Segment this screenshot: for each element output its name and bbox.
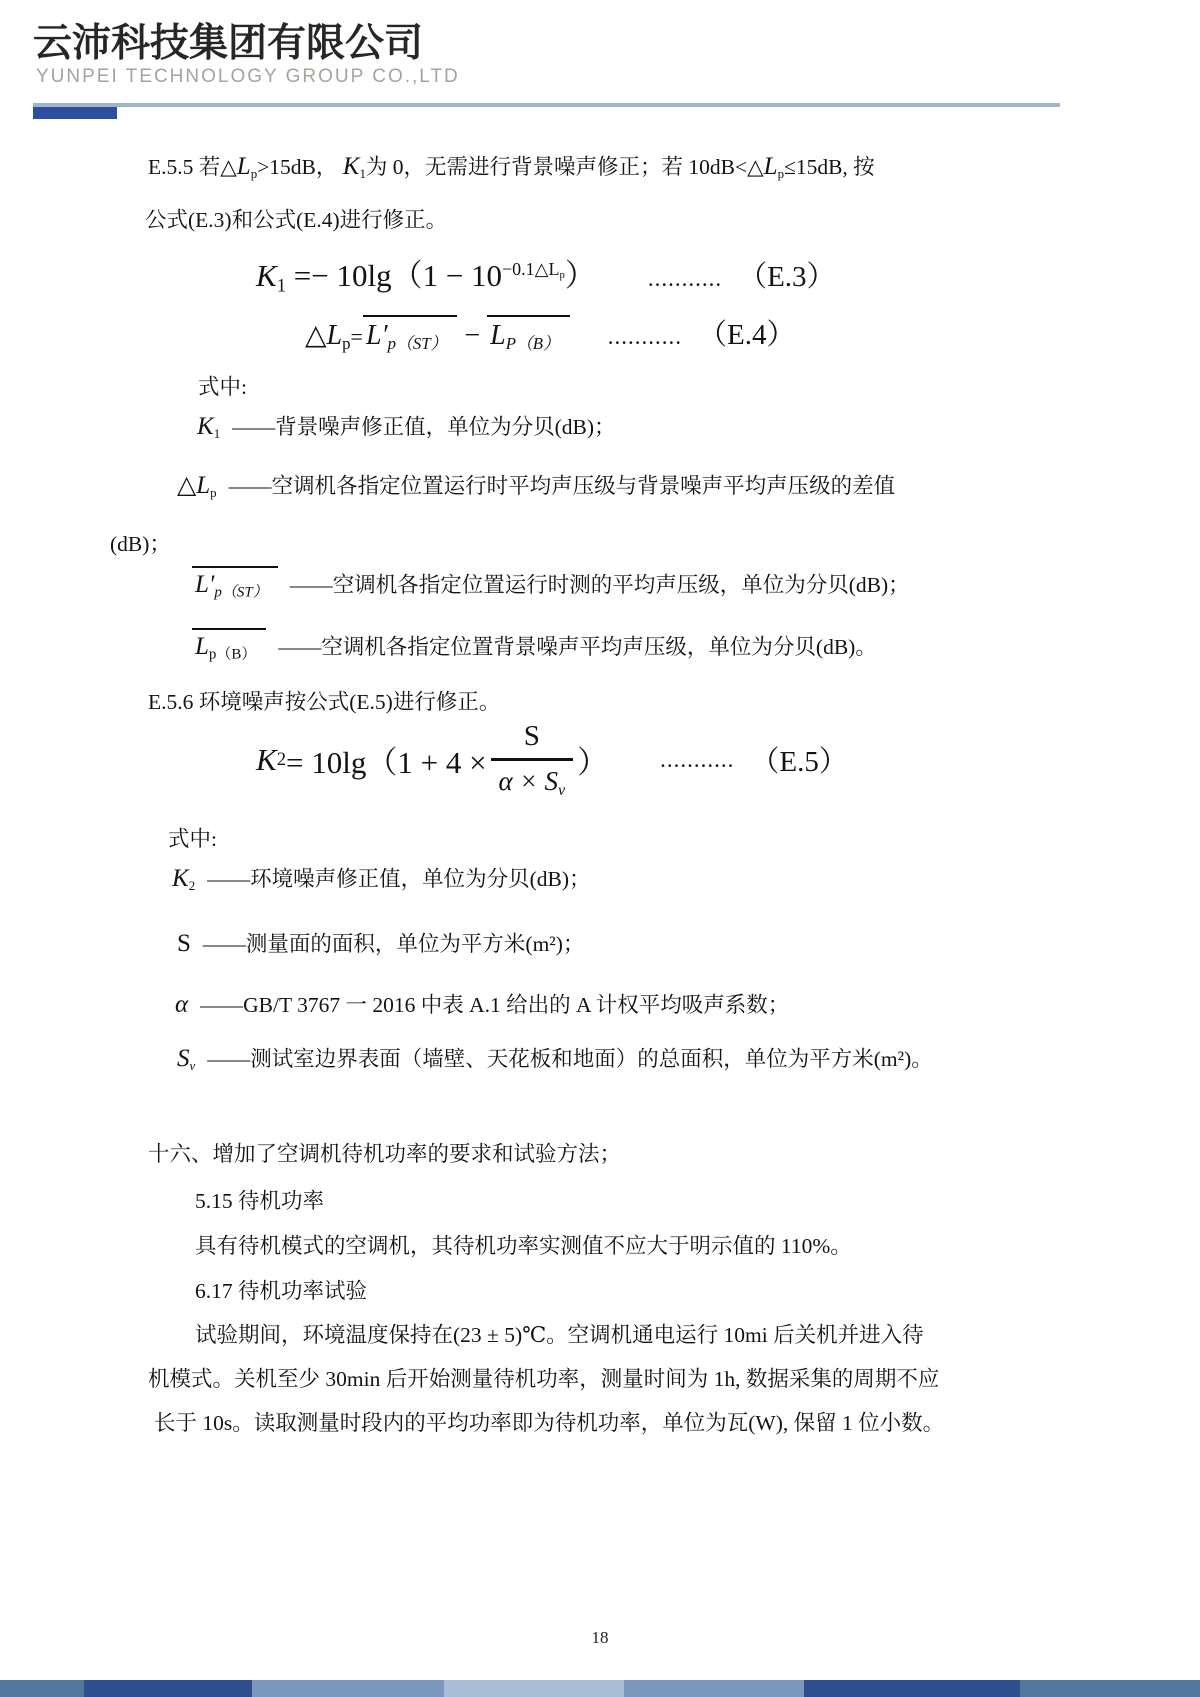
formula-e4: △Lp=L′p（ST） − LP（B）...........（E.4）: [305, 312, 796, 354]
symbol-L: L: [196, 472, 210, 499]
definition-text: ——测量面的面积，单位为平方米(m²)；: [203, 932, 585, 956]
definition-text: ——测试室边界表面（墙壁、天花板和地面）的总面积，单位为平方米(m²)。: [207, 1047, 933, 1071]
definition-text: ——空调机各指定位置背景噪声平均声压级，单位为分贝(dB)。: [278, 635, 876, 659]
definition-k2: K2——环境噪声修正值，单位为分贝(dB)；: [172, 862, 591, 894]
symbol-L: L: [764, 153, 778, 180]
section-617-title: 6.17 待机功率试验: [195, 1274, 367, 1305]
definition-delta-lp: △Lp——空调机各指定位置运行时平均声压级与背景噪声平均声压级的差值: [177, 469, 895, 501]
where-clause-2: 式中:: [168, 822, 217, 853]
subscript: 1: [214, 427, 220, 441]
delta: △: [177, 472, 196, 499]
symbol-S: S: [177, 930, 191, 957]
formula-close: ）: [565, 258, 596, 293]
definition-text: ——GB/T 3767 一 2016 中表 A.1 给出的 A 计权平均吸声系数…: [200, 993, 789, 1017]
header-accent-block: [33, 107, 117, 119]
test-paragraph-line1: 试验期间，环境温度保持在(23 ± 5)℃。空调机通电运行 10mi 后关机并进…: [195, 1318, 924, 1349]
denominator-text: α × S: [499, 766, 558, 796]
section-515-body: 具有待机模式的空调机，其待机功率实测值不应大于明示值的 110%。: [195, 1229, 852, 1260]
formula-e5: K2 = 10lg（1 + 4 × S α × Sv ）...........（…: [256, 720, 848, 800]
overlined-term: Lp（B）: [192, 628, 266, 664]
text: 为 0，无需进行背景噪声修正；若 10dB<△: [366, 155, 764, 179]
subscript: P（B）: [506, 334, 560, 353]
dots-leader: ...........: [648, 266, 722, 291]
subscript: 2: [277, 749, 286, 771]
paragraph-e55-line1: E.5.5 若△Lp>15dB， K1为 0，无需进行背景噪声修正；若 10dB…: [148, 150, 875, 182]
company-name-cn: 云沛科技集团有限公司: [33, 12, 423, 68]
formula-label: （E.3）: [738, 261, 835, 293]
text: ≤15dB, 按: [784, 155, 875, 179]
footer-accent-bar: [0, 1680, 1200, 1697]
symbol-K: K: [256, 258, 277, 293]
company-name-en: YUNPEI TECHNOLOGY GROUP CO.,LTD: [36, 66, 460, 88]
definition-s: S——测量面的面积，单位为平方米(m²)；: [177, 927, 584, 958]
symbol-L: L: [327, 320, 343, 351]
numerator: S: [516, 720, 548, 758]
subscript: p: [342, 334, 350, 353]
header-rule: [33, 103, 1060, 107]
formula-close: ）: [577, 737, 608, 782]
dots-leader: ...........: [660, 747, 734, 773]
symbol-L: L: [237, 153, 251, 180]
definition-text: ——空调机各指定位置运行时测的平均声压级，单位为分贝(dB)；: [290, 573, 910, 597]
subscript: p（ST）: [214, 585, 267, 601]
paragraph-e56: E.5.6 环境噪声按公式(E.5)进行修正。: [148, 685, 500, 716]
where-clause-1: 式中:: [198, 370, 247, 401]
definition-lp-b: Lp（B）——空调机各指定位置背景噪声平均声压级，单位为分贝(dB)。: [192, 628, 877, 664]
paragraph-e55-line2: 公式(E.3)和公式(E.4)进行修正。: [145, 203, 447, 234]
definition-lp-st: L′p（ST）——空调机各指定位置运行时测的平均声压级，单位为分贝(dB)；: [192, 566, 910, 602]
denominator: α × Sv: [491, 758, 574, 800]
symbol-L: L: [195, 633, 209, 660]
text: >15dB，: [257, 155, 343, 179]
subscript: v: [190, 1059, 196, 1073]
subscript: p（ST）: [388, 334, 448, 353]
formula-label: （E.4）: [698, 319, 795, 351]
overlined-term: L′p（ST）: [192, 566, 278, 602]
denominator-subscript: v: [558, 781, 565, 799]
subscript: 1: [277, 276, 286, 297]
formula-body: = 10lg（1 + 4 ×: [286, 737, 487, 782]
subscript: 2: [189, 879, 195, 893]
equals: =: [351, 324, 363, 349]
fraction: S α × Sv: [491, 720, 574, 800]
definition-sv: Sv——测试室边界表面（墙壁、天花板和地面）的总面积，单位为平方米(m²)。: [177, 1042, 933, 1074]
test-paragraph-line3: 长于 10s。读取测量时段内的平均功率即为待机功率，单位为瓦(W), 保留 1 …: [154, 1406, 944, 1437]
subscript: p: [210, 486, 216, 500]
delta: △: [305, 320, 327, 351]
dots-leader: ...........: [608, 324, 682, 349]
symbol-K: K: [256, 742, 277, 778]
exponent-text: −0.1△L: [502, 259, 559, 279]
symbol-L-prime: L′: [366, 320, 388, 351]
symbol-K: K: [172, 865, 189, 892]
symbol-L: L: [490, 320, 506, 351]
symbol-alpha: α: [175, 991, 188, 1018]
overlined-term: LP（B）: [487, 315, 570, 353]
symbol-K: K: [197, 413, 214, 440]
formula-e3: K1 =− 10lg（1 − 10−0.1△Lp）...........（E.3…: [256, 250, 836, 298]
formula-label: （E.5）: [750, 739, 847, 780]
overlined-term: L′p（ST）: [363, 315, 457, 353]
exponent: −0.1△Lp: [502, 259, 565, 279]
section-515-title: 5.15 待机功率: [195, 1184, 324, 1215]
definition-delta-lp-cont: (dB)；: [110, 527, 171, 558]
definition-alpha: α——GB/T 3767 一 2016 中表 A.1 给出的 A 计权平均吸声系…: [175, 988, 789, 1019]
document-page: 云沛科技集团有限公司 YUNPEI TECHNOLOGY GROUP CO.,L…: [0, 0, 1200, 1697]
symbol-K: K: [343, 153, 360, 180]
symbol-S: S: [177, 1045, 190, 1072]
minus: −: [457, 320, 487, 351]
formula-body: =− 10lg（1 − 10: [286, 258, 502, 293]
section-16-heading: 十六、增加了空调机待机功率的要求和试验方法；: [148, 1137, 621, 1168]
definition-k1: K1——背景噪声修正值，单位为分贝(dB)；: [197, 410, 616, 442]
definition-text: ——背景噪声修正值，单位为分贝(dB)；: [232, 415, 615, 439]
definition-text: ——空调机各指定位置运行时平均声压级与背景噪声平均声压级的差值: [229, 474, 896, 498]
symbol-L-prime: L′: [195, 571, 214, 598]
page-number: 18: [0, 1628, 1200, 1648]
subscript: p（B）: [209, 647, 257, 663]
text: E.5.5 若△: [148, 155, 237, 179]
definition-text: ——环境噪声修正值，单位为分贝(dB)；: [207, 867, 590, 891]
test-paragraph-line2: 机模式。关机至少 30min 后开始测量待机功率，测量时间为 1h, 数据采集的…: [148, 1362, 939, 1393]
